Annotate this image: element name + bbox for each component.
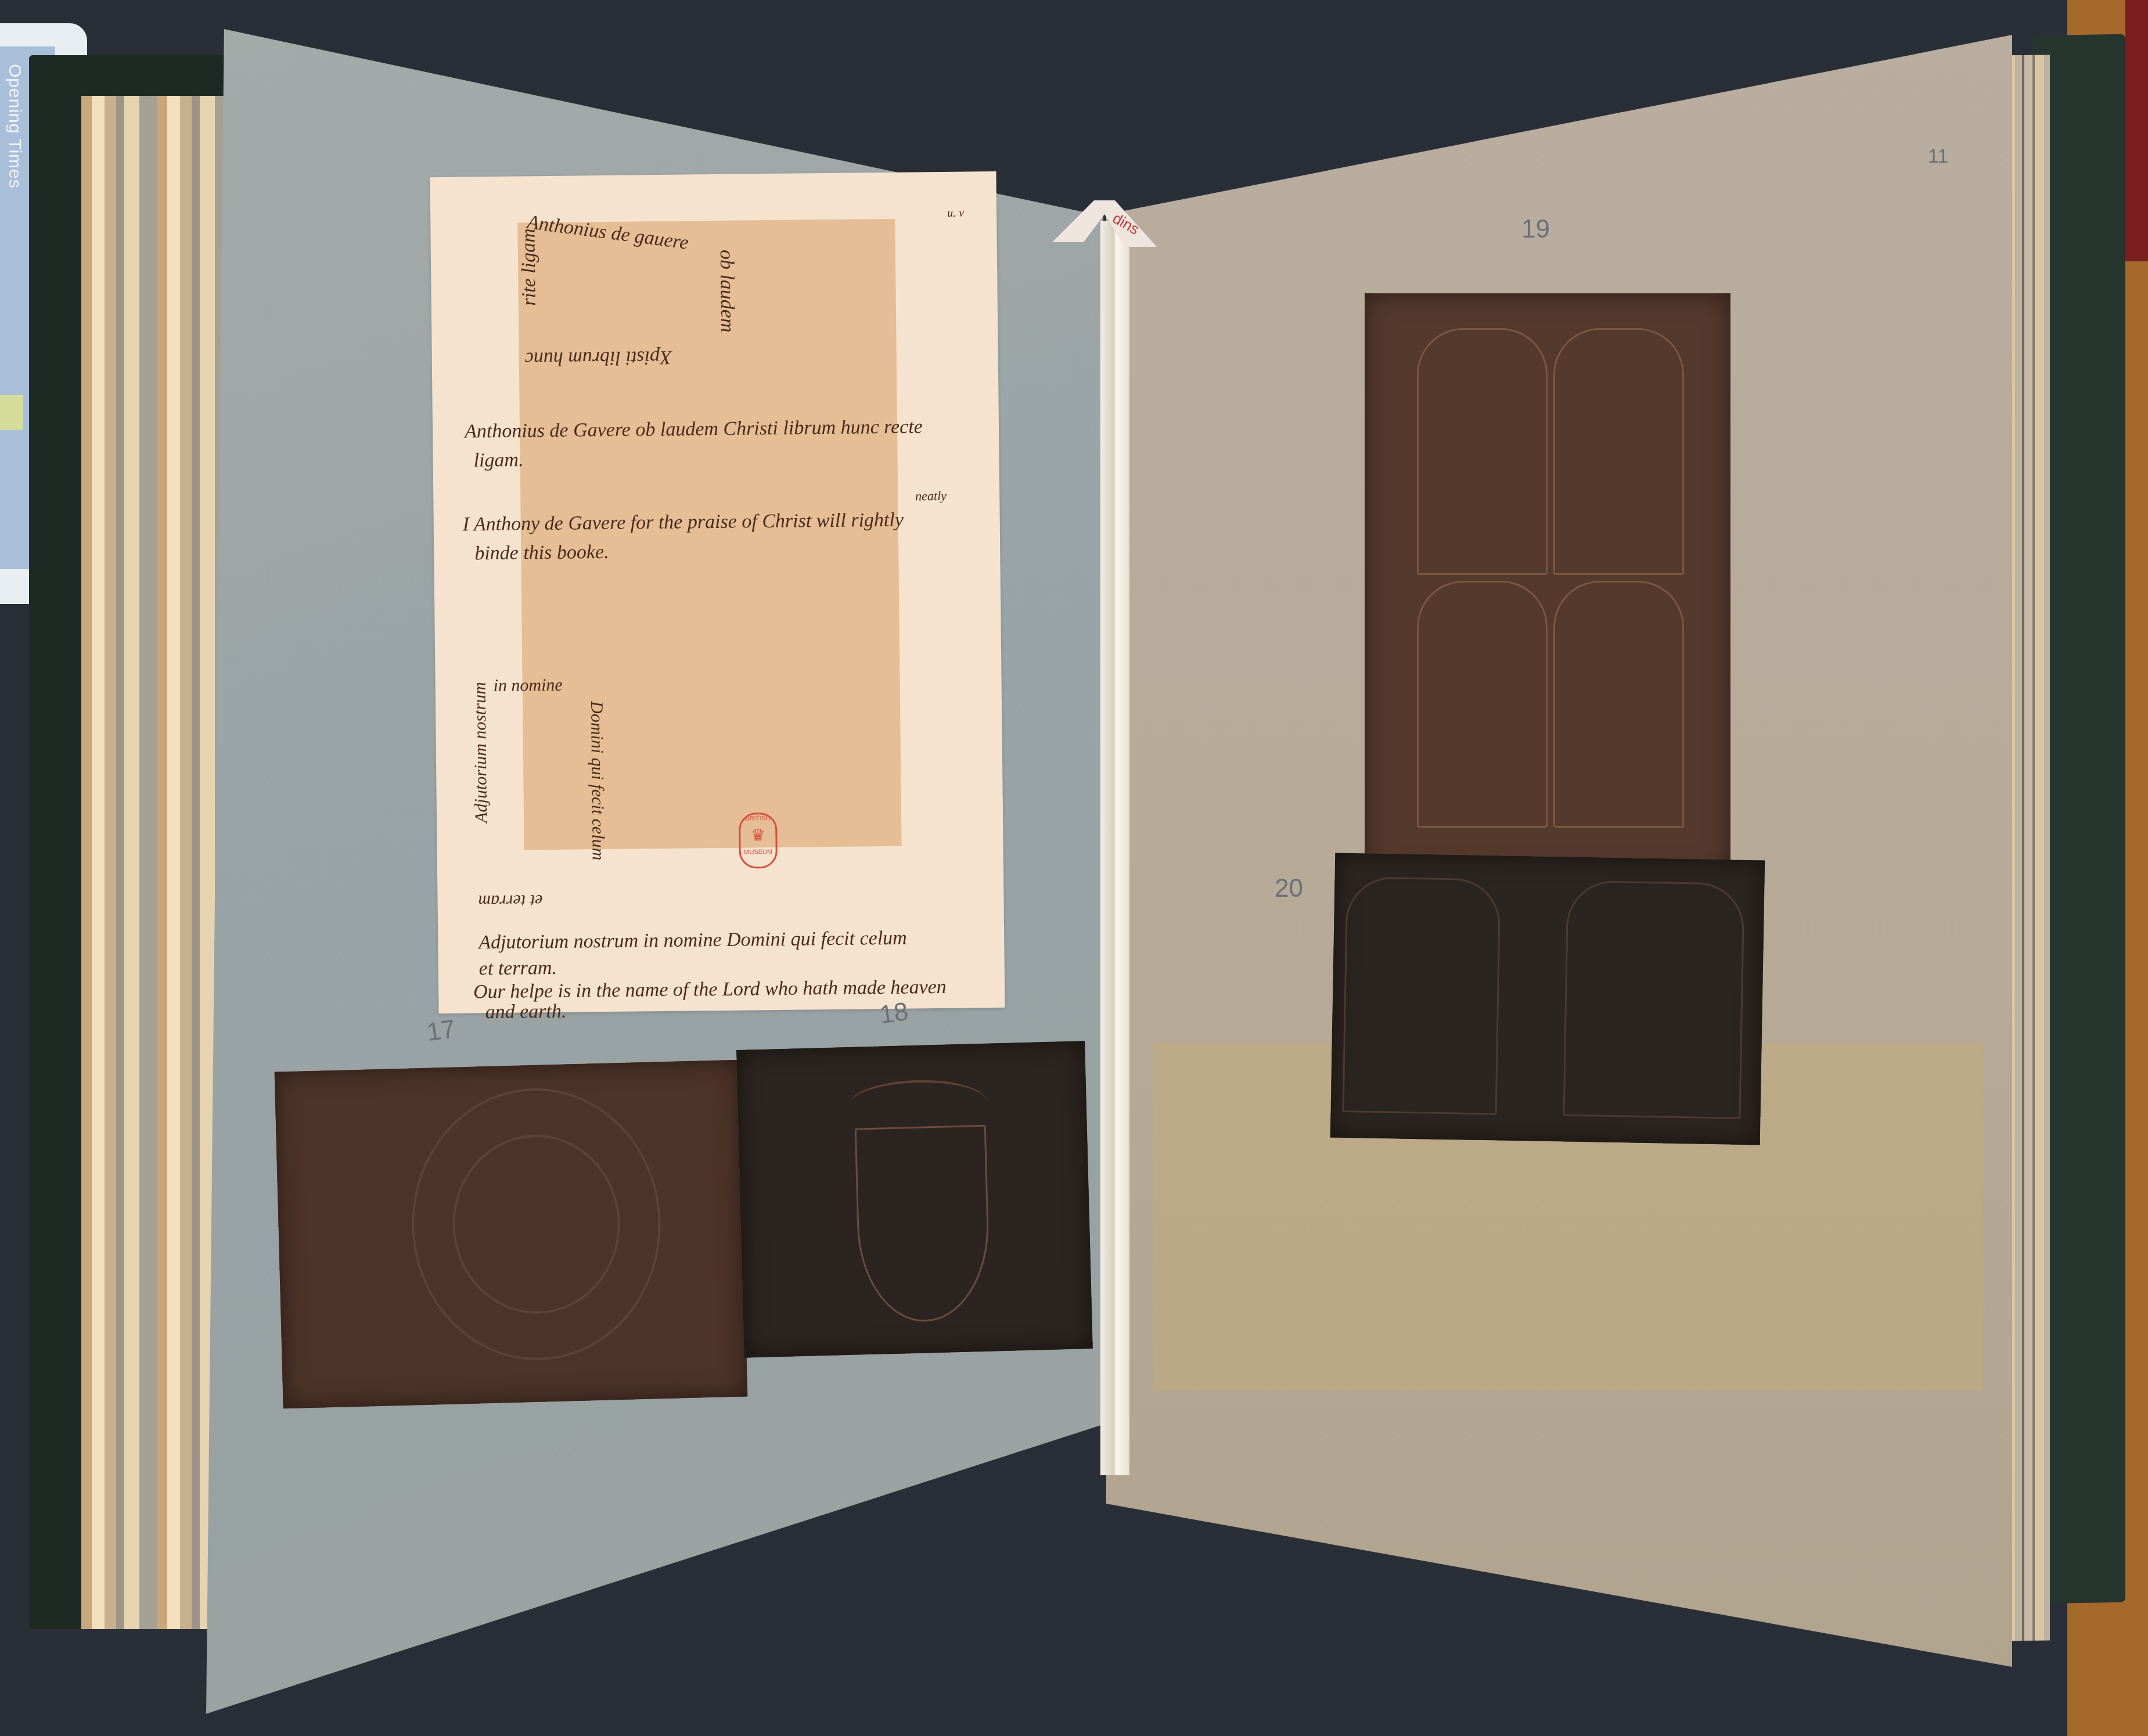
pencil-number-19: 19 xyxy=(1521,215,1550,244)
binding-fragment-17 xyxy=(275,1060,748,1409)
museum-stamp: BRITISH ♛ MUSEUM xyxy=(739,813,778,869)
crown-icon xyxy=(848,1079,988,1131)
crown-icon: ♛ xyxy=(740,822,775,849)
saint-panel-icon xyxy=(1343,876,1501,1115)
stamp-line-1: BRITISH xyxy=(740,814,775,823)
latin-line-2-cont: et terram. xyxy=(479,957,557,980)
english-line-2-cont: and earth. xyxy=(485,1001,566,1023)
latin-line-1-cont: ligam. xyxy=(473,449,523,472)
pencil-number-18: 18 xyxy=(878,997,910,1030)
inscription-2-bottom: et terram xyxy=(478,890,542,911)
corner-mark: u. v xyxy=(947,207,964,220)
latin-line-2: Adjutorium nostrum in nomine Domini qui … xyxy=(478,928,907,954)
book-gutter xyxy=(1100,221,1129,1475)
royal-arms-icon xyxy=(855,1125,991,1324)
english-insert: neatly xyxy=(915,488,947,504)
four-saints-panel xyxy=(1417,328,1684,828)
saint-panel-icon xyxy=(1417,581,1548,828)
inscription-2-right: Domini qui fecit celum xyxy=(587,701,608,860)
manuscript-sheet: u. v Anthonius de gauere ob laudem Xpist… xyxy=(430,171,1005,1013)
english-line-2: Our helpe is in the name of the Lord who… xyxy=(473,976,947,1004)
saint-panel-icon xyxy=(1417,328,1548,575)
leaflet-text: Opening Times xyxy=(5,64,24,189)
english-line-1: I Anthony de Gavere for the praise of Ch… xyxy=(463,509,904,536)
binding-fragment-18 xyxy=(736,1041,1093,1358)
saint-panel-icon xyxy=(1553,581,1684,828)
inscription-left: rite ligam xyxy=(517,228,540,306)
stamp-line-2: MUSEUM xyxy=(741,848,776,857)
folio-number: 11 xyxy=(1928,145,1948,168)
leaflet-accent xyxy=(0,395,23,430)
red-object xyxy=(2125,0,2148,261)
saint-panel-icon xyxy=(1563,880,1744,1119)
pencil-number-20: 20 xyxy=(1275,874,1303,903)
english-line-1-cont: binde this booke. xyxy=(474,541,609,565)
inscription-bottom: Xpisti librum hunc xyxy=(525,346,672,370)
pencil-number-17: 17 xyxy=(425,1015,457,1047)
saint-panel-icon xyxy=(1553,328,1684,575)
inscription-right: ob laudem xyxy=(715,250,738,333)
binding-fragment-20 xyxy=(1330,853,1765,1145)
inscription-2-top: in nomine xyxy=(493,675,563,696)
inscription-2-left: Adjutorium nostrum xyxy=(470,682,492,823)
binding-fragment-19 xyxy=(1365,293,1730,874)
